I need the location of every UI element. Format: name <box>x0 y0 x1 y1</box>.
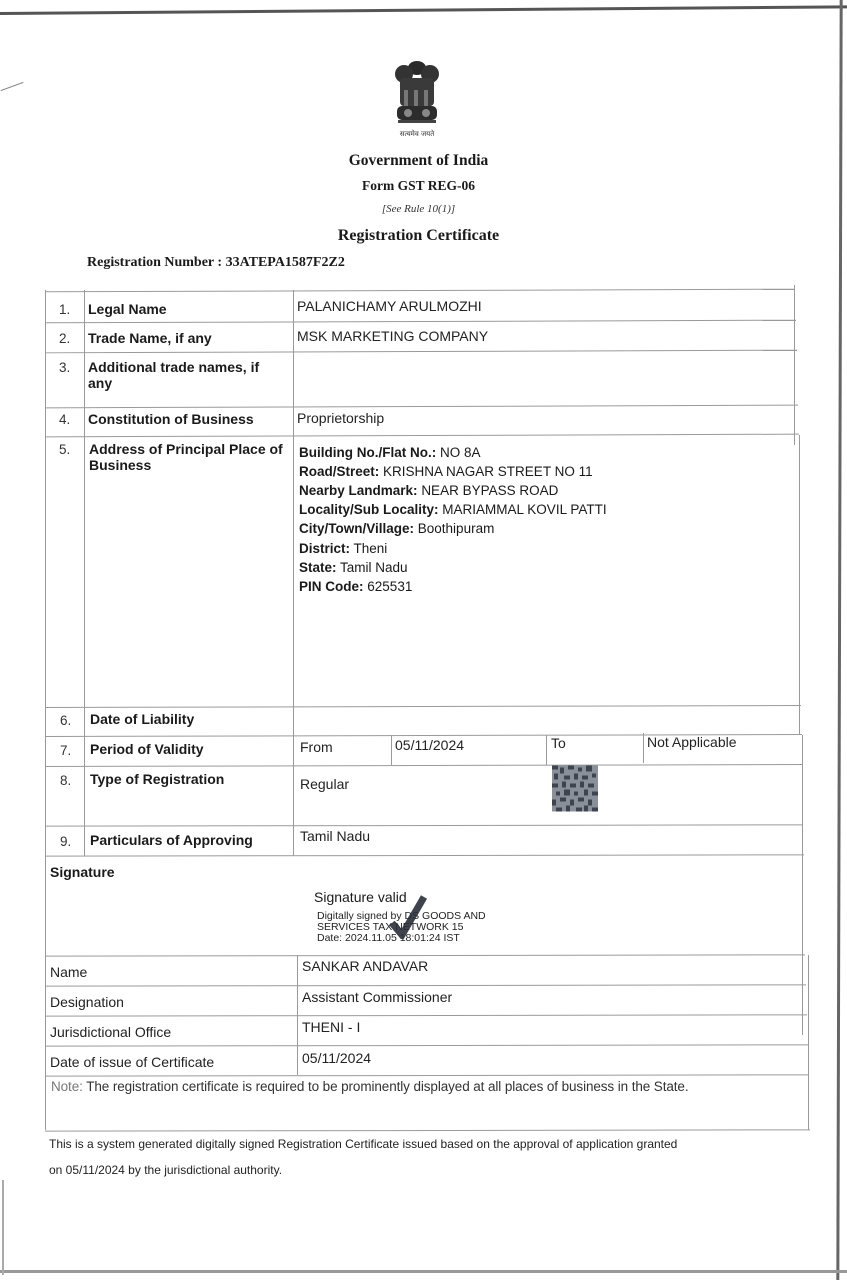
registration-number-label: Registration Number : <box>87 255 222 270</box>
address-label: Address of Principal Place of Business <box>89 441 294 473</box>
government-heading: Government of India <box>0 152 842 170</box>
registration-number-line: Registration Number : 33ATEPA1587F2Z2 <box>87 255 345 271</box>
jurisdictional-office-value: THENI - I <box>302 1019 360 1035</box>
particulars-of-approving-label: Particulars of Approving <box>90 832 253 848</box>
rule-reference: [See Rule 10(1)] <box>0 203 842 215</box>
period-of-validity-label: Period of Validity <box>90 741 204 757</box>
footer-statement: This is a system generated digitally sig… <box>49 1137 677 1151</box>
officer-name-label: Name <box>50 964 87 980</box>
validity-from-label: From <box>300 739 333 755</box>
constitution-value: Proprietorship <box>297 410 384 426</box>
row-number: 3. <box>59 360 70 375</box>
row-number: 4. <box>59 412 70 427</box>
signature-heading: Signature <box>50 864 115 880</box>
scan-mark <box>1 82 24 91</box>
national-emblem-icon: सत्यमेव जयते <box>388 58 446 140</box>
footer-statement: on 05/11/2024 by the jurisdictional auth… <box>49 1163 282 1177</box>
legal-name-value: PALANICHAMY ARULMOZHI <box>297 298 482 314</box>
certificate-title: Registration Certificate <box>0 227 842 245</box>
page-edge <box>0 5 847 15</box>
type-of-registration-value: Regular <box>300 776 349 792</box>
qr-code-icon <box>552 765 598 812</box>
validity-from-date: 05/11/2024 <box>395 737 464 753</box>
jurisdictional-office-label: Jurisdictional Office <box>50 1024 171 1040</box>
checkmark-icon <box>388 893 428 939</box>
page-edge <box>2 1180 4 1275</box>
constitution-label: Constitution of Business <box>88 411 254 427</box>
designation-value: Assistant Commissioner <box>302 989 452 1005</box>
row-number: 6. <box>60 713 71 728</box>
svg-text:सत्यमेव जयते: सत्यमेव जयते <box>400 129 435 138</box>
page-edge <box>0 1270 847 1273</box>
row-number: 9. <box>60 834 71 849</box>
trade-name-value: MSK MARKETING COMPANY <box>297 328 488 344</box>
row-number: 8. <box>60 773 71 788</box>
row-number: 5. <box>59 442 70 457</box>
registration-number: 33ATEPA1587F2Z2 <box>226 255 345 270</box>
date-of-liability-label: Date of Liability <box>90 711 194 727</box>
legal-name-label: Legal Name <box>88 301 167 317</box>
validity-to-label: To <box>551 735 566 751</box>
date-of-issue-value: 05/11/2024 <box>302 1050 371 1066</box>
validity-to-value: Not Applicable <box>647 734 737 750</box>
date-of-issue-label: Date of issue of Certificate <box>50 1054 214 1070</box>
row-number: 1. <box>59 302 70 317</box>
row-number: 7. <box>60 743 71 758</box>
form-name: Form GST REG-06 <box>0 178 842 194</box>
display-note: Note: The registration certificate is re… <box>51 1079 688 1094</box>
officer-name-value: SANKAR ANDAVAR <box>302 958 428 974</box>
row-number: 2. <box>59 331 70 346</box>
particulars-of-approving-value: Tamil Nadu <box>300 828 370 844</box>
additional-trade-names-label: Additional trade names, if any <box>88 359 278 391</box>
designation-label: Designation <box>50 994 124 1010</box>
type-of-registration-label: Type of Registration <box>90 771 224 787</box>
trade-name-label: Trade Name, if any <box>88 330 212 346</box>
